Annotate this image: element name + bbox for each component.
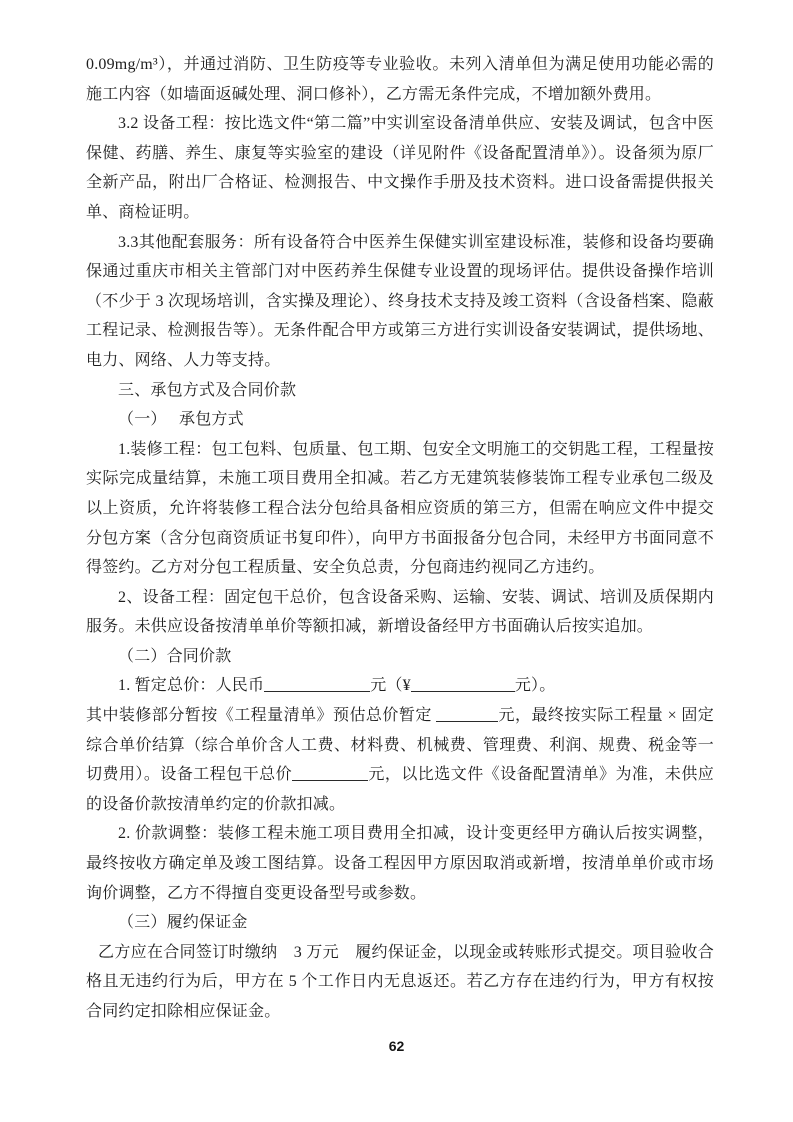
clause-price-adjustment: 2. 价款调整：装修工程未施工项目费用全扣减，设计变更经甲方确认后按实调整，最终… [86,819,714,908]
decoration-estimate-text: 其中装修部分暂按《工程量清单》预估总价暂定 [86,707,436,724]
estimate-and-lump-sum-paragraph: 其中装修部分暂按《工程量清单》预估总价暂定 元，最终按实际工程量 × 固定综合单… [86,701,714,819]
subheading-performance-bond: （三）履约保证金 [86,908,714,938]
provisional-total-price-line: 1. 暂定总价：人民币元（¥元）。 [86,671,714,701]
price-line-label: 1. 暂定总价：人民币 [118,677,264,694]
subheading-contract-mode: （一） 承包方式 [86,405,714,435]
paragraph-acceptance-requirements: 0.09mg/m³），并通过消防、卫生防疫等专业验收。未列入清单但为满足使用功能… [86,50,714,109]
blank-decoration-estimate-amount [436,709,498,722]
blank-rmb-amount [264,679,370,692]
price-line-end: 元）。 [515,677,556,694]
clause-equipment-works: 2、设备工程：固定包干总价，包含设备采购、运输、安装、调试、培训及质保期内服务。… [86,583,714,642]
clause-decoration-works: 1.装修工程：包工包料、包质量、包工期、包安全文明施工的交钥匙工程，工程量按实际… [86,435,714,583]
document-page: 0.09mg/m³），并通过消防、卫生防疫等专业验收。未列入清单但为满足使用功能… [0,0,793,1122]
section-heading-contract-mode-and-price: 三、承包方式及合同价款 [86,376,714,406]
price-line-currency: 元（¥ [370,677,411,694]
blank-equipment-lump-sum-amount [292,768,368,781]
clause-3-3-support-services: 3.3其他配套服务：所有设备符合中医养生保健实训室建设标准，装修和设备均要确保通… [86,228,714,376]
performance-bond-paragraph: 乙方应在合同签订时缴纳 3 万元 履约保证金，以现金或转账形式提交。项目验收合格… [86,938,714,1027]
page-number: 62 [0,1038,793,1054]
contract-body: 0.09mg/m³），并通过消防、卫生防疫等专业验收。未列入清单但为满足使用功能… [86,50,714,1027]
blank-numeric-amount [411,679,515,692]
clause-3-2-equipment-works: 3.2 设备工程：按比选文件“第二篇”中实训室设备清单供应、安装及调试，包含中医… [86,109,714,227]
subheading-contract-price: （二）合同价款 [86,642,714,672]
